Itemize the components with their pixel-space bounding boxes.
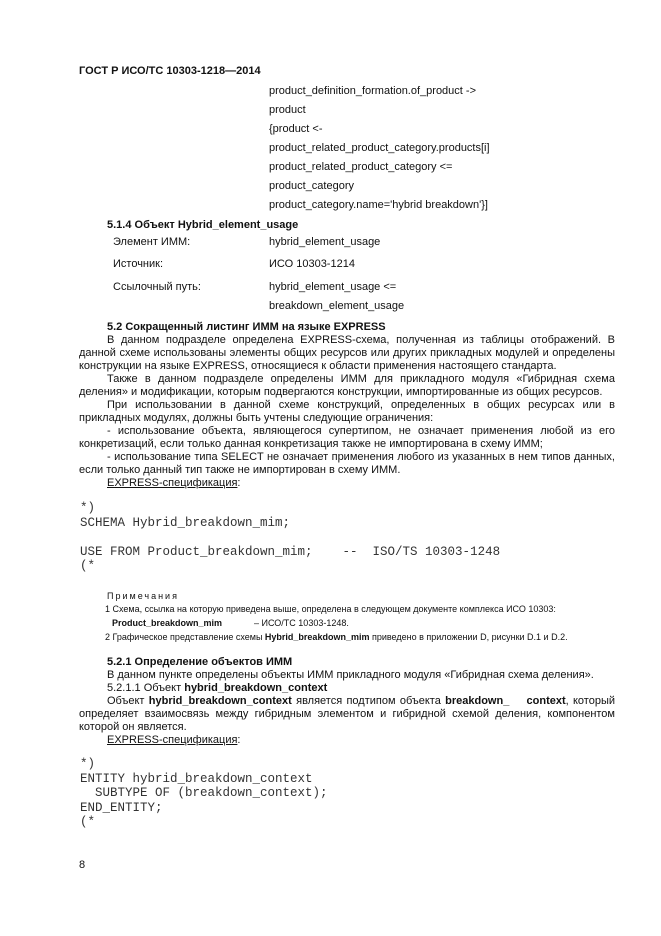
path-line: product_category <box>269 180 354 192</box>
note-1-ref: Product_breakdown_mim– ИСО/ТС 10303-1248… <box>112 618 349 628</box>
express-spec-text: EXPRESS-спецификация <box>107 734 237 746</box>
express-spec-text: EXPRESS-спецификация <box>107 477 237 489</box>
path-line: product_related_product_category.product… <box>269 142 490 154</box>
list-item-text: - использование типа SELECT не означает … <box>79 451 615 476</box>
list-item: - использование типа SELECT не означает … <box>79 451 615 477</box>
row-value-cont: breakdown_element_usage <box>269 300 404 312</box>
path-line: product_related_product_category <= <box>269 161 452 173</box>
list-item: - использование объекта, являющегося суп… <box>79 425 615 451</box>
paragraph: При использовании в данной схеме констру… <box>79 399 615 425</box>
schema-name: Product_breakdown_mim <box>112 618 222 628</box>
paragraph-text: является подтипом объекта <box>292 695 445 707</box>
path-line: {product <- <box>269 123 323 135</box>
paragraph-text: Объект <box>107 695 149 707</box>
schema-ref: – ИСО/ТС 10303-1248. <box>254 618 349 628</box>
entity-name: breakdown_ context <box>445 695 566 707</box>
row-value: hybrid_element_usage <= <box>269 281 396 293</box>
entity-name: hybrid_breakdown_context <box>149 695 292 707</box>
note-1: 1 Схема, ссылка на которую приведена выш… <box>105 604 556 614</box>
paragraph-text: Также в данном подразделе определены ИММ… <box>79 373 615 398</box>
schema-name: Hybrid_breakdown_mim <box>265 632 370 642</box>
paragraph-text: При использовании в данной схеме констру… <box>79 399 615 424</box>
paragraph: В данном подразделе определена EXPRESS-с… <box>79 334 615 373</box>
note-text: приведено в приложении D, рисунки D.1 и … <box>369 632 567 642</box>
notes-title: Примечания <box>107 591 179 601</box>
document-header: ГОСТ Р ИСО/ТС 10303-1218—2014 <box>79 65 261 77</box>
entity-name: hybrid_breakdown_context <box>184 682 327 694</box>
row-value: hybrid_element_usage <box>269 236 380 248</box>
note-2: 2 Графическое представление схемы Hybrid… <box>105 632 568 642</box>
path-line: product_definition_formation.of_product … <box>269 85 476 97</box>
page-number: 8 <box>79 859 85 871</box>
colon: : <box>237 734 240 746</box>
section-title-5-2-1: 5.2.1 Определение объектов ИММ <box>107 656 292 668</box>
subsection-title-5-2-1-1: 5.2.1.1 Объект hybrid_breakdown_context <box>107 682 327 694</box>
row-label: Ссылочный путь: <box>113 281 201 293</box>
section-title-5-1-4: 5.1.4 Объект Hybrid_element_usage <box>107 219 298 231</box>
paragraph-text: В данном подразделе определена EXPRESS-с… <box>79 334 615 372</box>
list-item-text: - использование объекта, являющегося суп… <box>79 425 615 450</box>
row-label: Источник: <box>113 258 163 270</box>
note-text: 2 Графическое представление схемы <box>105 632 265 642</box>
express-spec-label: EXPRESS-спецификация: <box>107 734 240 746</box>
colon: : <box>237 477 240 489</box>
paragraph: Также в данном подразделе определены ИММ… <box>79 373 615 399</box>
row-label: Элемент ИММ: <box>113 236 190 248</box>
paragraph: В данном пункте определены объекты ИММ п… <box>107 669 594 681</box>
row-value: ИСО 10303-1214 <box>269 258 355 270</box>
express-code-block: *) ENTITY hybrid_breakdown_context SUBTY… <box>80 757 328 830</box>
path-line: product <box>269 104 306 116</box>
path-line: product_category.name='hybrid breakdown'… <box>269 199 488 211</box>
section-title-5-2: 5.2 Сокращенный листинг ИММ на языке EXP… <box>107 321 386 333</box>
paragraph: Объект hybrid_breakdown_context является… <box>79 695 615 734</box>
subsection-prefix: 5.2.1.1 Объект <box>107 682 184 694</box>
express-spec-label: EXPRESS-спецификация: <box>107 477 240 489</box>
express-code-block: *) SCHEMA Hybrid_breakdown_mim; USE FROM… <box>80 501 500 574</box>
